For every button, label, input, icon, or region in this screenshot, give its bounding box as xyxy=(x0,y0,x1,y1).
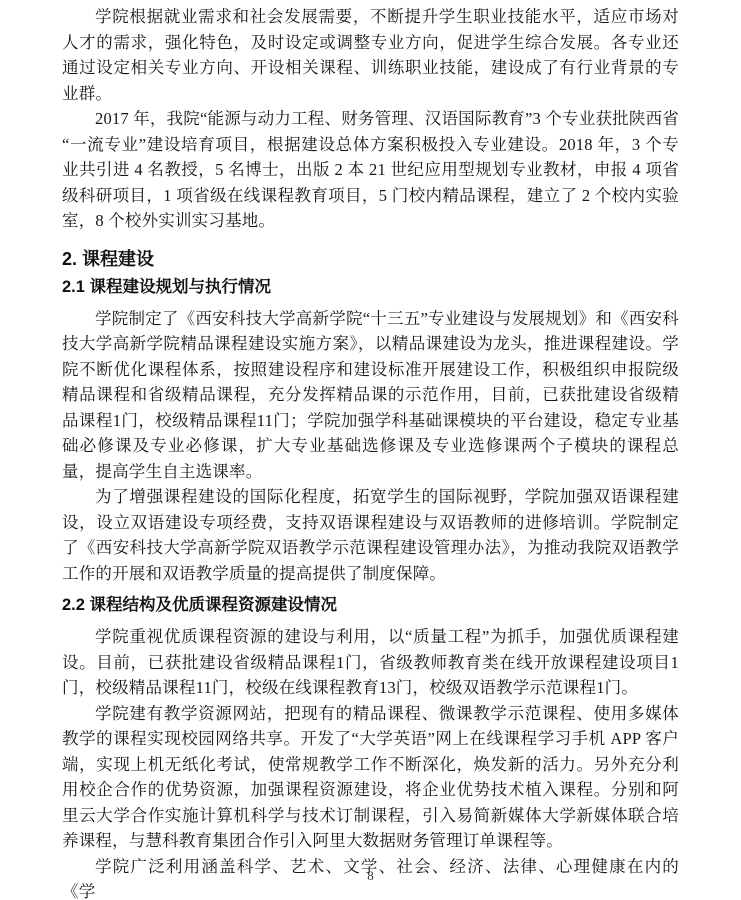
subsection-2-2-paragraph-2: 学院建有教学资源网站，把现有的精品课程、微课教学示范课程、使用多媒体教学的课程实… xyxy=(62,701,679,854)
subsection-heading-2-2: 2.2 课程结构及优质课程资源建设情况 xyxy=(62,595,679,616)
document-page: 学院根据就业需求和社会发展需要，不断提升学生职业技能水平，适应市场对人才的需求，… xyxy=(0,0,741,900)
subsection-2-2-paragraph-1: 学院重视优质课程资源的建设与利用，以“质量工程”为抓手，加强优质课程建设。目前，… xyxy=(62,624,679,701)
section-heading-course-construction: 2. 课程建设 xyxy=(62,248,679,270)
subsection-2-1-paragraph-1: 学院制定了《西安科技大学高新学院“十三五”专业建设与发展规划》和《西安科技大学高… xyxy=(62,306,679,485)
intro-paragraph-2: 2017 年，我院“能源与动力工程、财务管理、汉语国际教育”3 个专业获批陕西省… xyxy=(62,106,679,234)
subsection-heading-2-1: 2.1 课程建设规划与执行情况 xyxy=(62,277,679,298)
page-number: 8 xyxy=(0,868,741,884)
intro-paragraph-1: 学院根据就业需求和社会发展需要，不断提升学生职业技能水平，适应市场对人才的需求，… xyxy=(62,4,679,106)
subsection-2-1-paragraph-2: 为了增强课程建设的国际化程度，拓宽学生的国际视野，学院加强双语课程建设，设立双语… xyxy=(62,484,679,586)
